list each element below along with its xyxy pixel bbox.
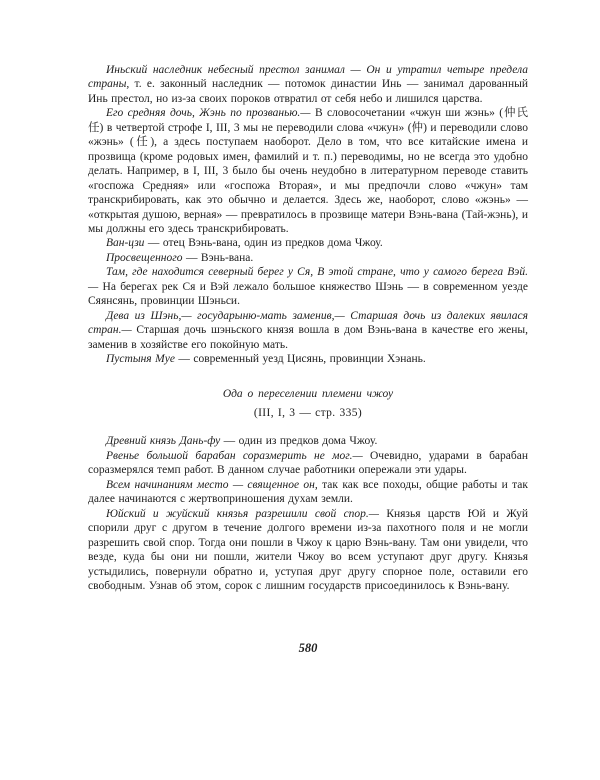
commentary-paragraph: Юйский и жуйский князья разрешили свой с… bbox=[88, 507, 528, 594]
commentary-note: — современный уезд Цисянь, провинции Хэн… bbox=[175, 353, 426, 365]
ode-reference: (III, I, 3 — стр. 335) bbox=[88, 406, 528, 420]
commentary-note: — один из предков дома Чжоу. bbox=[220, 435, 377, 447]
commentary-paragraph: Ван-цзи — отец Вэнь-вана, один из предко… bbox=[88, 236, 528, 250]
commentary-paragraph: Иньский наследник небесный престол заним… bbox=[88, 63, 528, 106]
commentary-paragraph: Там, где находится северный берег у Ся, … bbox=[88, 265, 528, 308]
commentary-note: На берегах рек Ся и Вэй лежало большое к… bbox=[88, 281, 528, 307]
verse-lemma: Рвенье большой барабан соразмерить не мо… bbox=[106, 450, 363, 462]
verse-lemma: Юйский и жуйский князья разрешили свой с… bbox=[106, 508, 379, 520]
commentary-note: Старшая дочь шэньского князя вошла в дом… bbox=[88, 324, 528, 350]
commentary-paragraph: Рвенье большой барабан соразмерить не мо… bbox=[88, 449, 528, 478]
commentary-paragraph: Древний князь Дань-фу — один из предков … bbox=[88, 434, 528, 448]
book-page: Иньский наследник небесный престол заним… bbox=[0, 0, 600, 780]
commentary-note: — отец Вэнь-вана, один из предков дома Ч… bbox=[144, 237, 382, 249]
verse-lemma: Ван-цзи bbox=[106, 237, 144, 249]
commentary-paragraph: Пустыня Муе — современный уезд Цисянь, п… bbox=[88, 352, 528, 366]
verse-lemma: Всем начинаниям место — священное он, bbox=[106, 479, 318, 491]
verse-lemma: Его средняя дочь, Жэнь по прозванью.— bbox=[106, 107, 311, 119]
commentary-note: т. е. законный наследник — потомок динас… bbox=[88, 78, 528, 104]
page-number: 580 bbox=[88, 641, 528, 656]
commentary-paragraph: Его средняя дочь, Жэнь по прозванью.— В … bbox=[88, 106, 528, 236]
commentary-note: В словосочетании «чжун ши жэнь» (仲氏任) в … bbox=[88, 107, 528, 235]
commentary-paragraph: Всем начинаниям место — священное он, та… bbox=[88, 478, 528, 507]
ode-title: Ода о переселении племени чжоу bbox=[88, 387, 528, 401]
commentary-paragraph: Дева из Шэнь,— государыню-мать заменив,—… bbox=[88, 309, 528, 352]
commentary-note: — Вэнь-вана. bbox=[182, 252, 253, 264]
commentary-paragraph: Просвещенного — Вэнь-вана. bbox=[88, 251, 528, 265]
verse-lemma: Просвещенного bbox=[106, 252, 182, 264]
commentary-note: Князья царств Юй и Жуй спорили друг с др… bbox=[88, 508, 528, 592]
verse-lemma: Пустыня Муе bbox=[106, 353, 175, 365]
commentary-text: Иньский наследник небесный престол заним… bbox=[88, 63, 528, 593]
verse-lemma: Древний князь Дань-фу bbox=[106, 435, 220, 447]
